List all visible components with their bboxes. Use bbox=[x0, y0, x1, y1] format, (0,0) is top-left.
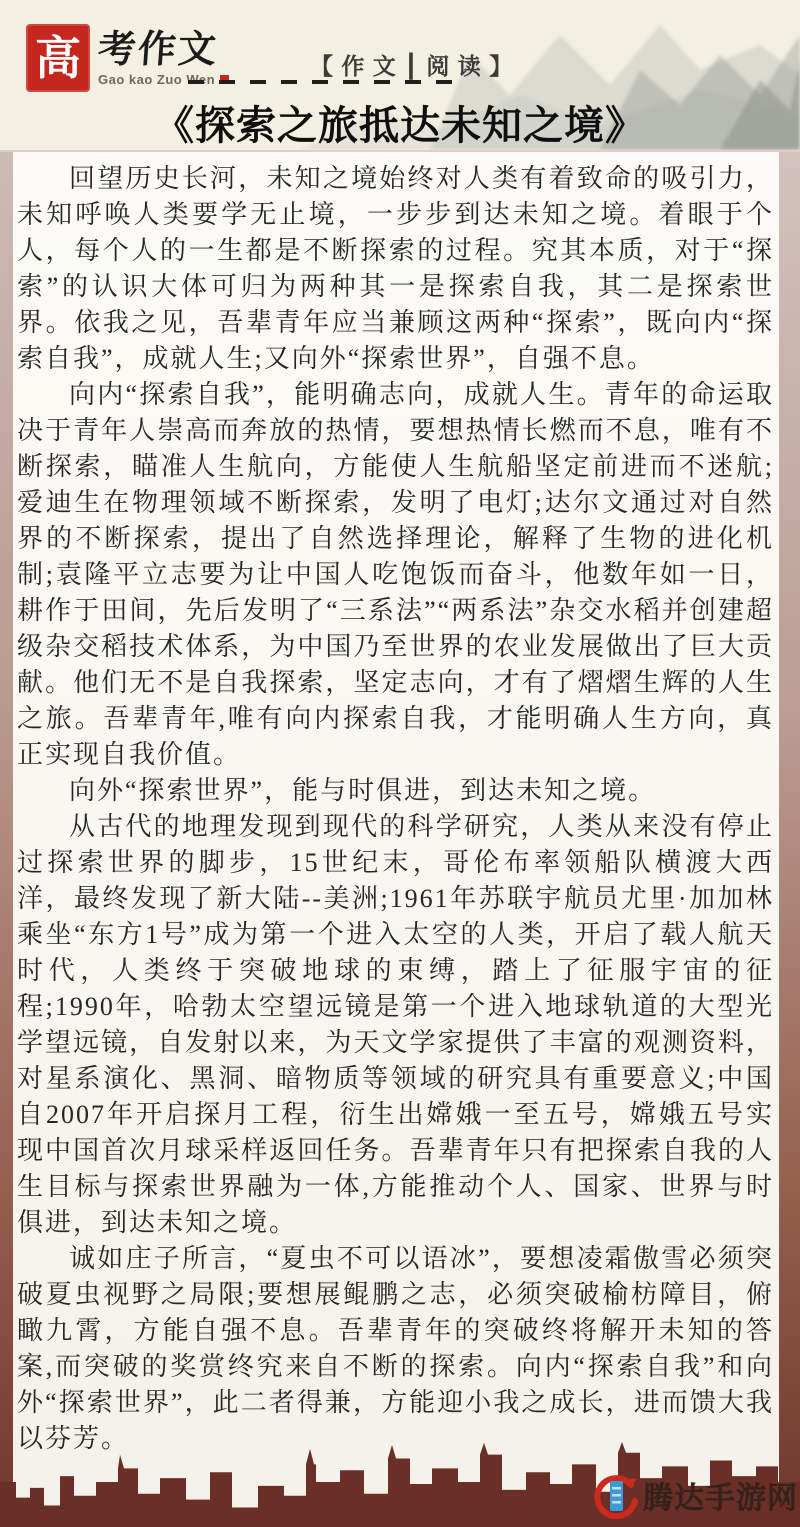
essay-body: 回望历史长河，未知之境始终对人类有着致命的吸引力，未知呼唤人类要学无止境，一步步… bbox=[17, 161, 774, 1457]
essay-paragraph: 向内“探索自我”，能明确志向，成就人生。青年的命运取决于青年人崇高而奔放的热情，… bbox=[17, 377, 774, 773]
site-watermark: 腾达手游网 bbox=[593, 1471, 798, 1519]
gao-logo-icon: 高 bbox=[26, 24, 90, 92]
essay-paragraph: 回望历史长河，未知之境始终对人类有着致命的吸引力，未知呼唤人类要学无止境，一步步… bbox=[17, 161, 774, 377]
paper-left-edge bbox=[0, 152, 13, 1527]
essay-paragraph: 诚如庄子所言，“夏虫不可以语冰”，要想凌霜傲雪必须突破夏虫视野之局限;要想展鲲鹏… bbox=[17, 1241, 774, 1457]
logo-character: 高 bbox=[35, 35, 81, 81]
header: 高 考作文 Gao kao Zuo Wen 【 作 文 ┃ 阅 读 】 《探索之… bbox=[0, 0, 800, 150]
tengda-logo-icon bbox=[593, 1471, 641, 1519]
essay-paragraph: 向外“探索世界”，能与时俱进，到达未知之境。 bbox=[17, 773, 774, 809]
brand-calligraphy-text: 考作文 bbox=[97, 28, 231, 70]
essay-title: 《探索之旅抵达未知之境》 bbox=[0, 94, 800, 151]
watermark-site-name: 腾达手游网 bbox=[643, 1473, 798, 1517]
paper-right-edge bbox=[779, 152, 800, 1527]
essay-paper: 回望历史长河，未知之境始终对人类有着致命的吸引力，未知呼唤人类要学无止境，一步步… bbox=[0, 150, 800, 1527]
essay-paragraph: 从古代的地理发现到现代的科学研究，人类从来没有停止过探索世界的脚步，15世纪末，… bbox=[17, 809, 774, 1241]
essay-page: 高 考作文 Gao kao Zuo Wen 【 作 文 ┃ 阅 读 】 《探索之… bbox=[0, 0, 800, 1527]
category-label: 【 作 文 ┃ 阅 读 】 bbox=[310, 48, 513, 81]
